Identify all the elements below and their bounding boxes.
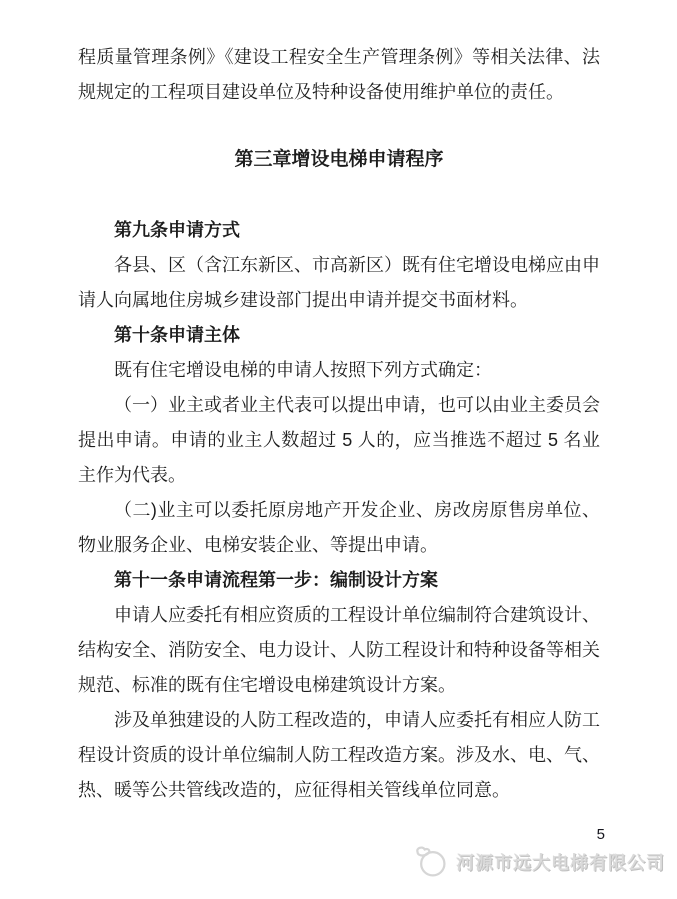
body-paragraph: 既有住宅增设电梯的申请人按照下列方式确定：: [78, 353, 600, 388]
section-heading: 第十条申请主体: [78, 318, 600, 353]
paragraph-continued: 程质量管理条例》《建设工程安全生产管理条例》等相关法律、法规规定的工程项目建设单…: [78, 40, 600, 110]
chapter-heading: 第三章增设电梯申请程序: [78, 142, 600, 177]
body-paragraph: 各县、区（含江东新区、市高新区）既有住宅增设电梯应由申请人向属地住房城乡建设部门…: [78, 248, 600, 318]
body-paragraph: 申请人应委托有相应资质的工程设计单位编制符合建筑设计、结构安全、消防安全、电力设…: [78, 598, 600, 703]
page-number: 5: [597, 824, 605, 846]
company-watermark: 河源市远大电梯有限公司: [413, 845, 665, 879]
company-name: 河源市远大电梯有限公司: [456, 849, 665, 875]
body-paragraph: 涉及单独建设的人防工程改造的，申请人应委托有相应人防工程设计资质的设计单位编制人…: [78, 703, 600, 808]
document-page: 程质量管理条例》《建设工程安全生产管理条例》等相关法律、法规规定的工程项目建设单…: [0, 0, 677, 899]
company-logo-icon: [413, 845, 449, 879]
body-paragraph: （二)业主可以委托原房地产开发企业、房改房原售房单位、物业服务企业、电梯安装企业…: [78, 493, 600, 563]
body-paragraph: （一）业主或者业主代表可以提出申请，也可以由业主委员会提出申请。申请的业主人数超…: [78, 388, 600, 493]
section-heading: 第十一条申请流程第一步：编制设计方案: [78, 563, 600, 598]
section-heading: 第九条申请方式: [78, 213, 600, 248]
document-content: 程质量管理条例》《建设工程安全生产管理条例》等相关法律、法规规定的工程项目建设单…: [78, 40, 600, 808]
document-body: 第九条申请方式各县、区（含江东新区、市高新区）既有住宅增设电梯应由申请人向属地住…: [78, 213, 600, 808]
